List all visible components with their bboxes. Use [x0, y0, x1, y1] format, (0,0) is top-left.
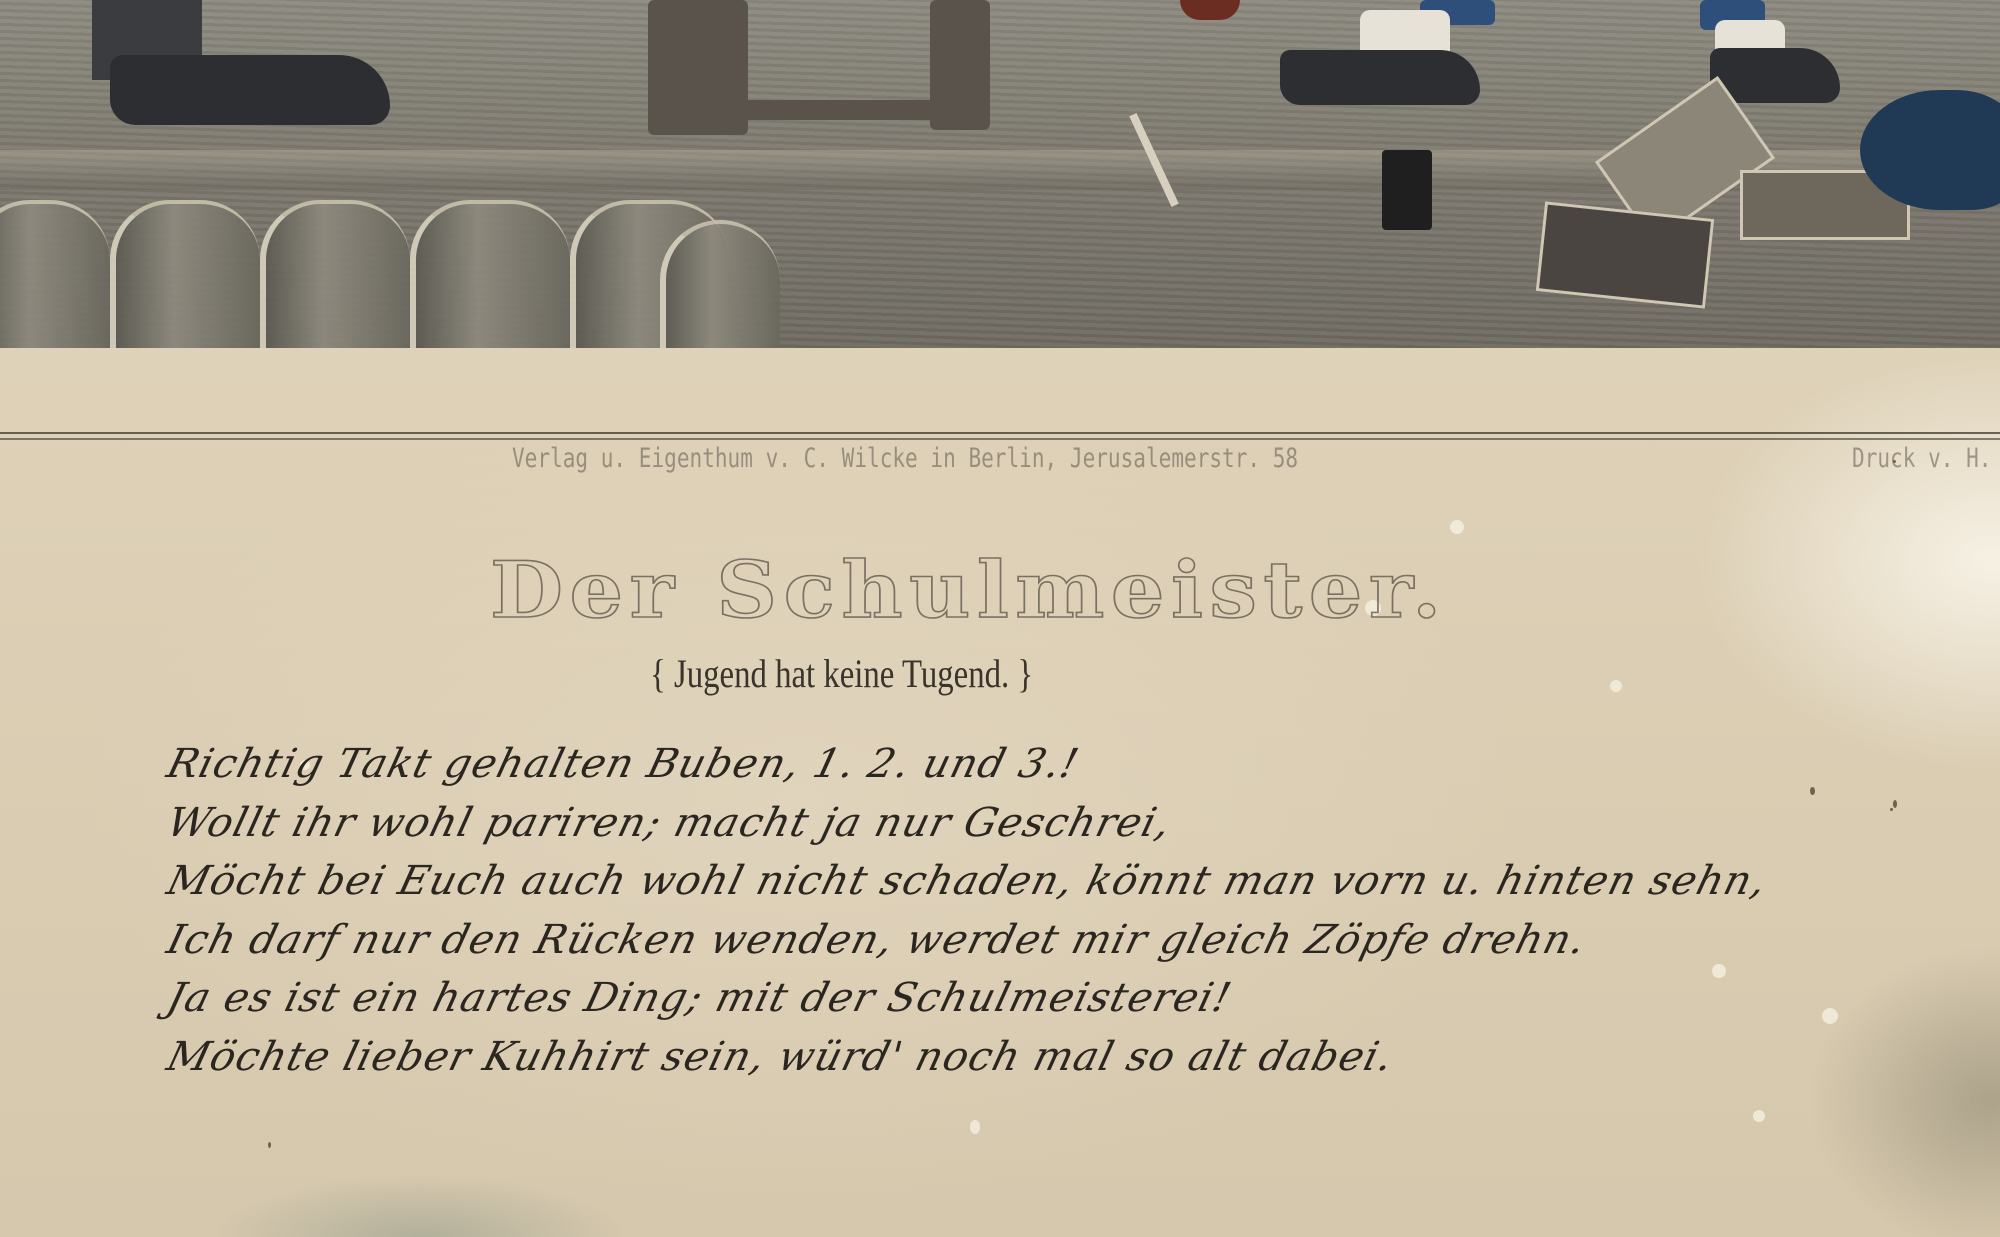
paper-fleck: [1450, 520, 1464, 534]
paper-spot: [1893, 800, 1897, 808]
poem-line: Wollt ihr wohl pariren; macht ja nur Ges…: [161, 794, 1773, 853]
poem-line: Ich darf nur den Rücken wenden, werdet m…: [161, 911, 1773, 970]
lithograph-illustration: [0, 0, 2000, 348]
paper-fleck: [1822, 1008, 1838, 1024]
boot: [110, 55, 390, 125]
print-subtitle: { Jugend hat keine Tugend. }: [650, 650, 1033, 697]
paper-fleck: [1610, 680, 1622, 692]
red-garment: [1180, 0, 1240, 20]
paper-fleck: [1753, 1110, 1765, 1122]
poem-line: Richtig Takt gehalten Buben, 1. 2. und 3…: [161, 735, 1773, 794]
bench-rail: [740, 100, 940, 120]
paper-fleck: [970, 1120, 980, 1134]
slate: [1536, 201, 1714, 308]
floor-plank: [410, 200, 570, 348]
poem-line: Ja es ist ein hartes Ding; mit der Schul…: [161, 969, 1773, 1028]
printer-imprint: Druck v. H.: [1852, 443, 1991, 474]
floor-plank: [110, 200, 260, 348]
boy-shoe: [1280, 50, 1480, 105]
poem-line: Möcht bei Euch auch wohl nicht schaden, …: [161, 852, 1773, 911]
print-title: Der Schulmeister.: [490, 545, 1448, 636]
paper-spot: [268, 1142, 271, 1148]
poem-line: Möchte lieber Kuhhirt sein, würd' noch m…: [161, 1028, 1773, 1087]
paper-spot: [1810, 787, 1815, 795]
bench-leg: [648, 0, 748, 135]
floor-plank: [260, 200, 410, 348]
floor-plank: [0, 200, 110, 348]
inkpot: [1382, 150, 1432, 230]
border-rule-bottom: [0, 438, 2000, 440]
paper-spot: [1890, 808, 1893, 811]
border-rule-top: [0, 432, 2000, 434]
floor-plank: [660, 220, 780, 348]
publisher-imprint: Verlag u. Eigenthum v. C. Wilcke in Berl…: [512, 443, 1298, 474]
poem: Richtig Takt gehalten Buben, 1. 2. und 3…: [168, 735, 1735, 1086]
